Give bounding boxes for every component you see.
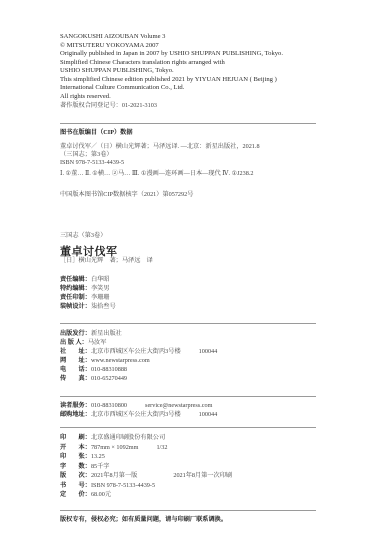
editor-row: 责任印制： 李珊珊 bbox=[60, 294, 110, 302]
cip-classification: Ⅰ. ①董… Ⅱ. ①横… ②马… Ⅲ. ①漫画—连环画—日本—现代 Ⅳ. ①J… bbox=[60, 170, 253, 178]
price-value: 68.00元 bbox=[91, 491, 111, 499]
postcode: 100044 bbox=[199, 348, 218, 356]
copyright-line: © MITSUTERU YOKOYAMA 2007 bbox=[60, 42, 159, 50]
printing-row: 印 刷： 北京盛通印刷股份有限公司 bbox=[60, 434, 165, 442]
editor-row: 责任编辑： 白华昭 bbox=[60, 276, 110, 284]
printing-label: 定 价： bbox=[60, 491, 91, 499]
postcode: 100044 bbox=[199, 411, 218, 419]
printing-extra: 2021年8月第一次印刷 bbox=[173, 472, 232, 480]
mail-order-address: 北京市西城区车公庄大街丙3号楼 bbox=[91, 411, 181, 419]
printing-label: 版 次： bbox=[60, 472, 91, 480]
editor-label: 装帧设计： bbox=[60, 303, 91, 311]
printing-value: 北京盛通印刷股份有限公司 bbox=[91, 434, 165, 442]
printing-label: 字 数： bbox=[60, 463, 91, 471]
editor-value: 李珊珊 bbox=[91, 294, 110, 302]
copyright-line: This simplified Chinese edition publishe… bbox=[60, 76, 277, 84]
author-line: ［日］横山光辉 著；马泽远 译 bbox=[60, 257, 153, 265]
cip-line: 董卓讨伐军／（日）横山光辉著；马泽远译. —北京：新星出版社，2021.8 bbox=[60, 143, 260, 151]
editor-row: 特约编辑： 李笑男 bbox=[60, 285, 110, 293]
reader-service-email: service@newstarpress.com bbox=[145, 402, 212, 410]
printing-row: 版 次： 2021年8月第一版 2021年8月第一次印刷 bbox=[60, 472, 232, 480]
publisher-value: 新星出版社 bbox=[91, 330, 122, 338]
publisher-row: 社 址： 北京市西城区车公庄大街丙3号楼 100044 bbox=[60, 348, 217, 356]
publisher-row: 出 版 人： 马汝军 bbox=[60, 339, 106, 347]
divider bbox=[60, 323, 316, 324]
cip-line: （三国志；第3卷） bbox=[60, 151, 113, 159]
fax-number: 010-65270449 bbox=[91, 375, 127, 383]
editor-label: 责任印制： bbox=[60, 294, 91, 302]
publisher-label: 网 址： bbox=[60, 357, 91, 365]
copyright-line: SANGOKUSHI AIZOUBAN Volume 3 bbox=[60, 33, 165, 41]
printing-label: 印 刷： bbox=[60, 434, 91, 442]
printing-label: 开 本： bbox=[60, 444, 91, 452]
copyright-line: Simplified Chinese Characters translatio… bbox=[60, 59, 225, 67]
cip-heading: 图书在版编目（CIP）数据 bbox=[60, 129, 133, 137]
editor-value: 柒拾叁号 bbox=[91, 303, 116, 311]
editor-row: 装帧设计： 柒拾叁号 bbox=[60, 303, 116, 311]
divider bbox=[60, 396, 316, 397]
publisher-label: 传 真： bbox=[60, 375, 91, 383]
divider bbox=[60, 427, 316, 428]
publisher-label: 社 址： bbox=[60, 348, 91, 356]
printing-row: 开 本： 787mm × 1092mm 1/32 bbox=[60, 444, 167, 452]
reader-service-label: 读者服务： bbox=[60, 402, 91, 410]
publisher-label: 出版发行： bbox=[60, 330, 91, 338]
website-link: www.newstarpress.com bbox=[91, 357, 150, 365]
printing-value: 787mm × 1092mm bbox=[91, 444, 139, 452]
publisher-row: 传 真： 010-65270449 bbox=[60, 375, 127, 383]
copyright-registration: 著作版权合同登记号：01-2021-3103 bbox=[60, 102, 157, 110]
publisher-row: 网 址： www.newstarpress.com bbox=[60, 357, 150, 365]
reader-service-row: 读者服务： 010-88310800 service@newstarpress.… bbox=[60, 402, 212, 410]
editor-value: 白华昭 bbox=[91, 276, 110, 284]
reader-service-phone: 010-88310800 bbox=[91, 402, 127, 410]
editor-value: 李笑男 bbox=[91, 285, 110, 293]
printing-row: 字 数： 85千字 bbox=[60, 463, 110, 471]
copyright-line: USHIO SHUPPAN PUBLISHING, Tokyo. bbox=[60, 67, 174, 75]
divider bbox=[60, 123, 316, 124]
footer-notice: 版权专有，侵权必究；如有质量问题，请与印刷厂联系调换。 bbox=[60, 516, 227, 524]
divider bbox=[60, 510, 316, 511]
copyright-line: International Culture Communication Co.,… bbox=[60, 84, 184, 92]
printing-value: 2021年8月第一版 bbox=[91, 472, 137, 480]
editor-label: 责任编辑： bbox=[60, 276, 91, 284]
printing-row: 定 价： 68.00元 bbox=[60, 491, 111, 499]
mail-order-label: 邮购地址： bbox=[60, 411, 91, 419]
printing-value: 13.25 bbox=[91, 453, 105, 461]
reader-service-row: 邮购地址： 北京市西城区车公庄大街丙3号楼 100044 bbox=[60, 411, 217, 419]
publisher-value: 北京市西城区车公庄大街丙3号楼 bbox=[91, 348, 181, 356]
printing-row: 印 张： 13.25 bbox=[60, 453, 105, 461]
editor-label: 特约编辑： bbox=[60, 285, 91, 293]
printing-label: 印 张： bbox=[60, 453, 91, 461]
printing-row: 书 号： ISBN 978-7-5133-4439-5 bbox=[60, 482, 155, 490]
copyright-line: Originally published in Japan in 2007 by… bbox=[60, 50, 283, 58]
publisher-row: 电 话： 010-88310888 bbox=[60, 366, 127, 374]
phone-number: 010-88310888 bbox=[91, 366, 127, 374]
series-label: 三国志（第3卷） bbox=[60, 232, 106, 240]
printing-label: 书 号： bbox=[60, 482, 91, 490]
publisher-value: 马汝军 bbox=[88, 339, 107, 347]
printing-extra: 1/32 bbox=[156, 444, 167, 452]
cip-library-note: 中国版本图书馆CIP数据核字（2021）第057292号 bbox=[60, 191, 193, 199]
publisher-label: 出 版 人： bbox=[60, 339, 88, 347]
cip-isbn: ISBN 978-7-5133-4439-5 bbox=[60, 159, 124, 167]
isbn-value: ISBN 978-7-5133-4439-5 bbox=[91, 482, 155, 490]
copyright-line: All rights reserved. bbox=[60, 93, 111, 101]
printing-value: 85千字 bbox=[91, 463, 110, 471]
publisher-row: 出版发行： 新星出版社 bbox=[60, 330, 122, 338]
publisher-label: 电 话： bbox=[60, 366, 91, 374]
